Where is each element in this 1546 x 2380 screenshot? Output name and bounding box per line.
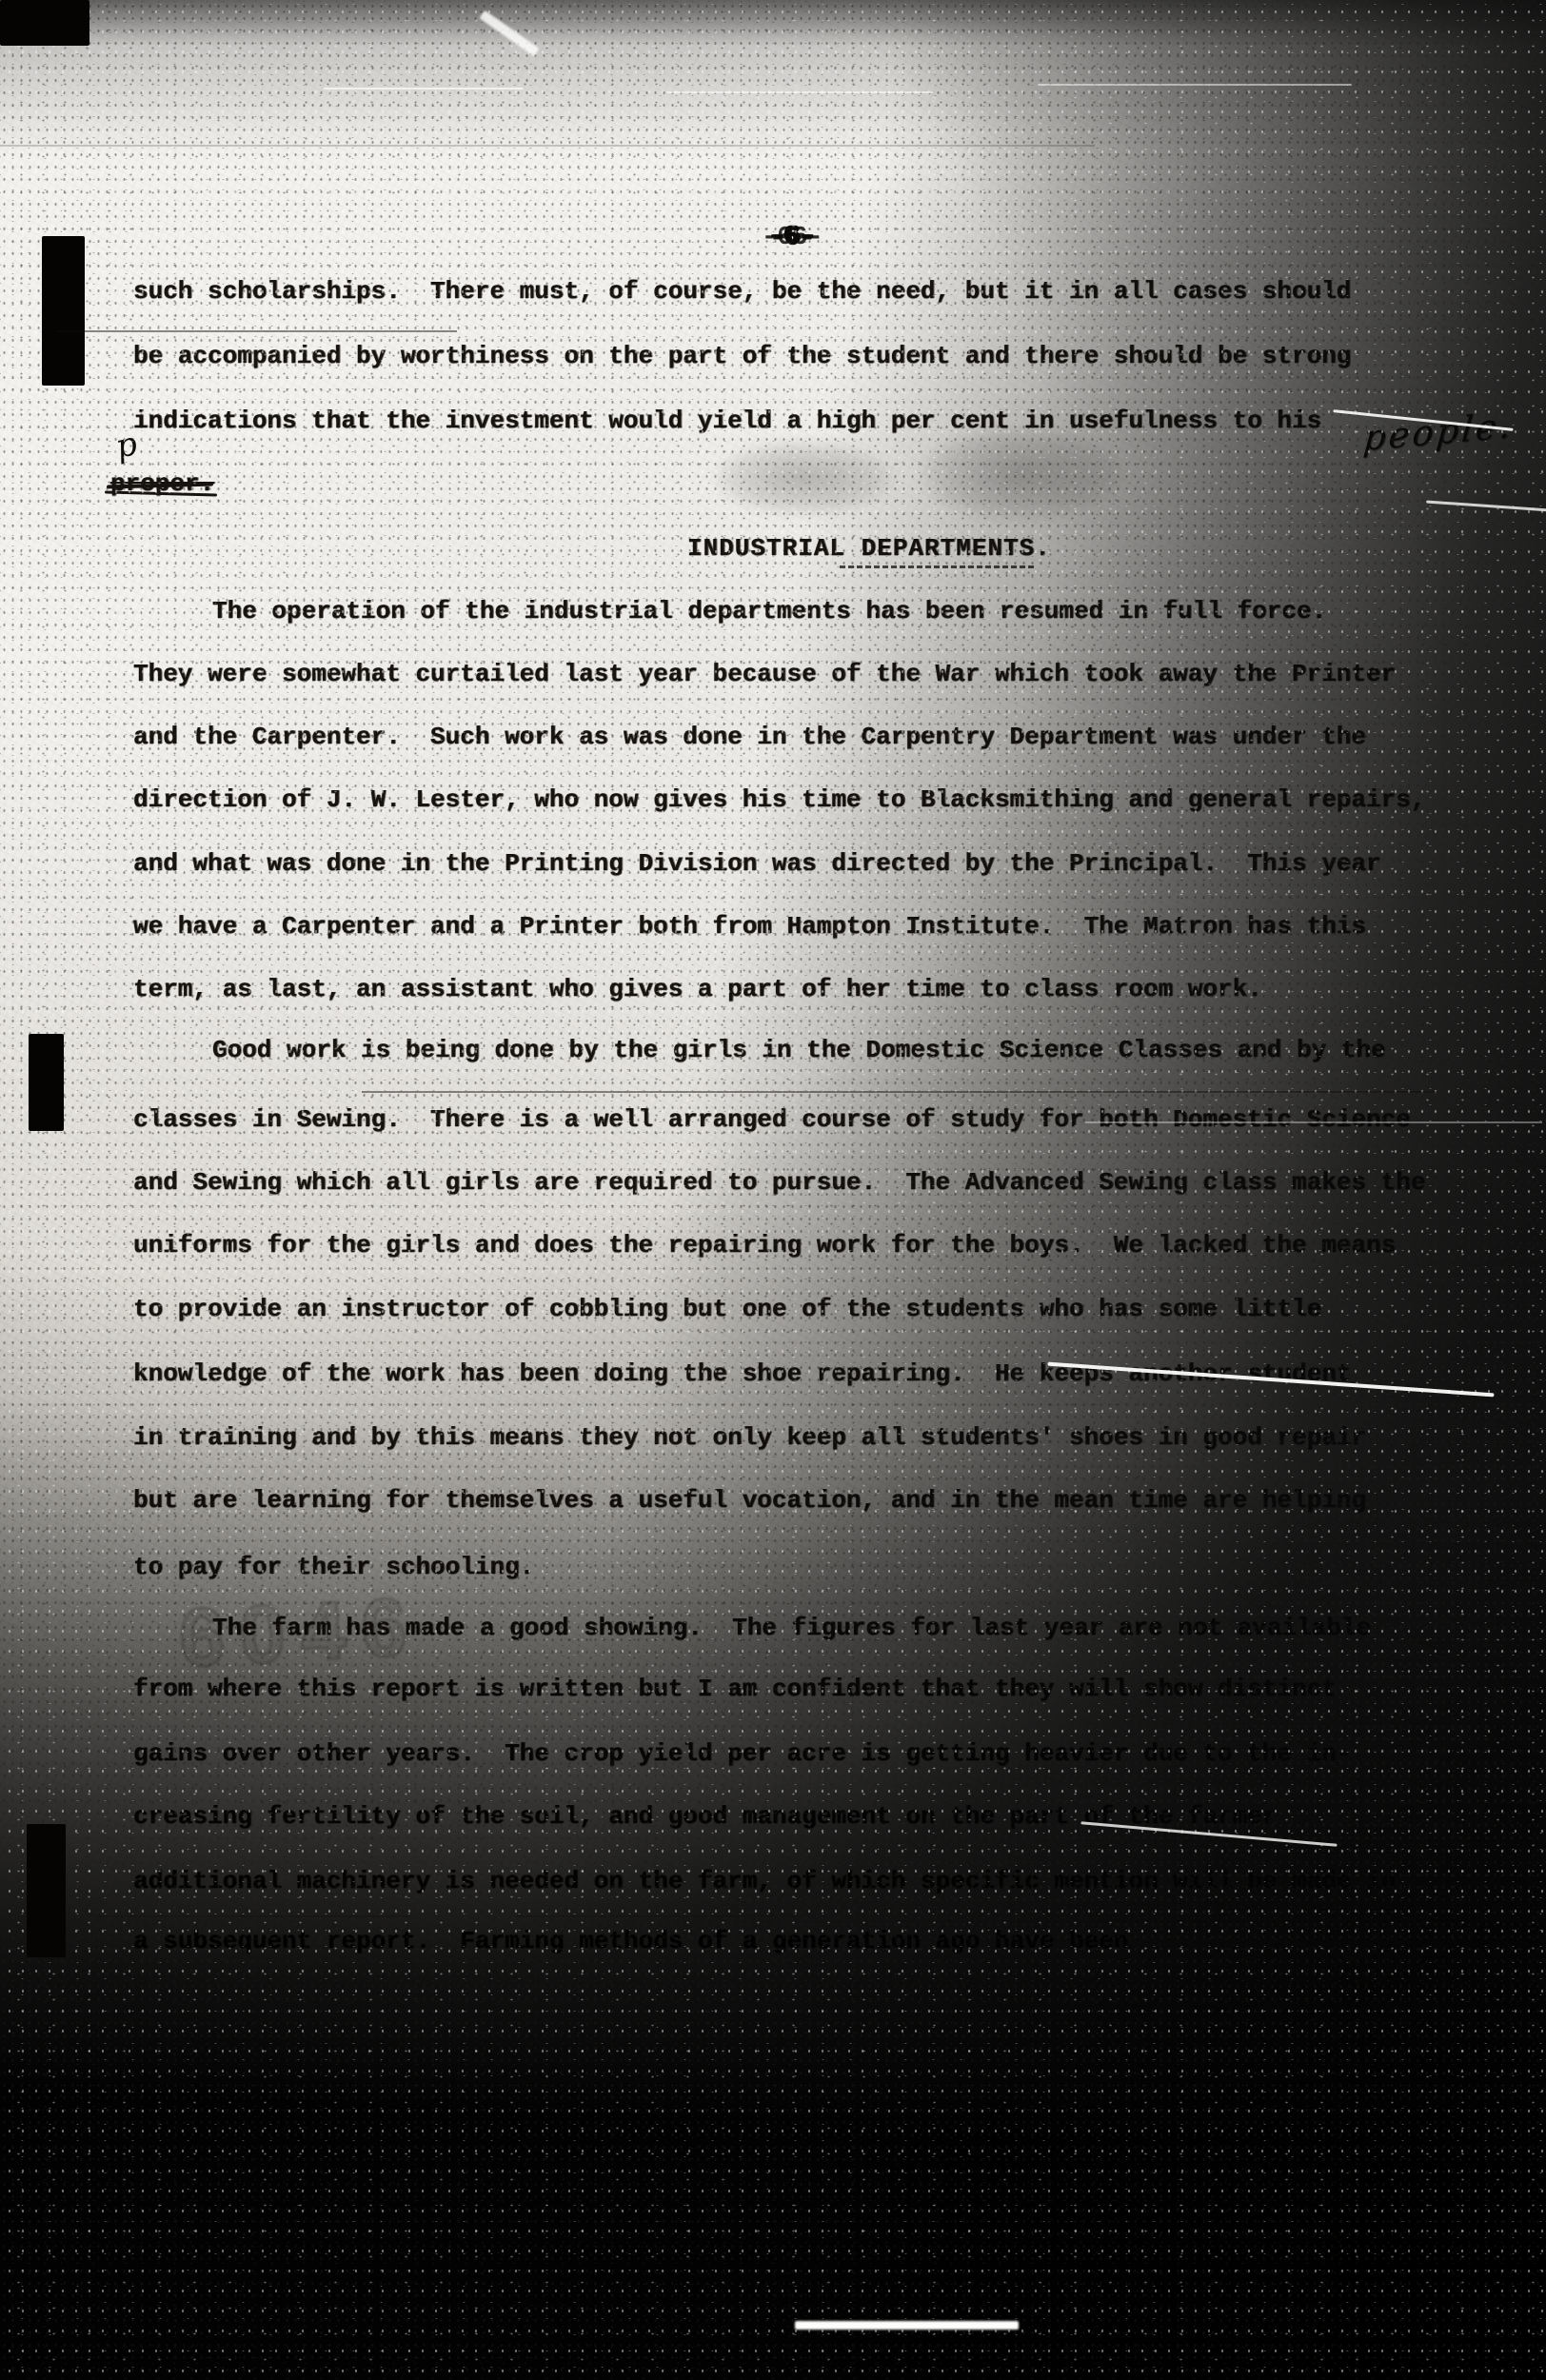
heading-underline	[840, 565, 1034, 568]
scan-hairline-light	[1085, 1121, 1542, 1123]
scan-mark-bar	[42, 236, 85, 386]
scanned-document: -6- such scholarships. There must, of co…	[0, 0, 1546, 2380]
typed-line: term, as last, an assistant who gives a …	[133, 976, 1262, 1004]
page-number: -6-	[769, 225, 816, 250]
typed-line: uniforms for the girls and does the repa…	[133, 1232, 1396, 1260]
typed-line: indications that the investment would yi…	[133, 407, 1321, 436]
typed-line: classes in Sewing. There is a well arran…	[133, 1106, 1411, 1135]
typed-line: from where this report is written but I …	[133, 1676, 1337, 1704]
scan-mark-bar	[27, 1824, 66, 1957]
scan-hairline	[57, 330, 457, 332]
typed-line: knowledge of the work has been doing the…	[133, 1360, 1351, 1389]
typed-line: be accompanied by worthiness on the part…	[133, 343, 1351, 371]
typed-line: we have a Carpenter and a Printer both f…	[133, 913, 1366, 942]
typed-line: gains over other years. The crop yield p…	[133, 1740, 1351, 1769]
typed-line: to pay for their schooling.	[133, 1554, 534, 1582]
typed-line: to provide an instructor of cobbling but…	[133, 1296, 1321, 1324]
scan-hairline	[0, 145, 1095, 147]
scratch	[795, 2321, 1019, 2330]
scan-hairline	[95, 1915, 409, 1917]
scratch	[666, 91, 933, 93]
typed-line: They were somewhat curtailed last year b…	[133, 661, 1396, 689]
scan-hairline	[514, 1915, 800, 1917]
scan-hairline	[362, 1091, 1437, 1093]
typed-line: additional machinery is needed on the fa…	[133, 1868, 1396, 1896]
typed-line: direction of J. W. Lester, who now gives…	[133, 786, 1425, 815]
typed-line: The operation of the industrial departme…	[212, 598, 1326, 626]
scratch	[1038, 84, 1352, 86]
ink-smudge	[714, 440, 895, 516]
ghost-stamp: 6046	[177, 1585, 424, 1679]
section-heading: INDUSTRIAL DEPARTMENTS.	[687, 535, 1051, 564]
typed-line: but are learning for themselves a useful…	[133, 1487, 1366, 1516]
typed-line: in training and by this means they not o…	[133, 1424, 1366, 1453]
scan-mark-bar	[0, 0, 89, 46]
scratch	[324, 88, 524, 89]
typed-line: creasing fertility of the soil, and good…	[133, 1803, 1277, 1832]
typed-line: and the Carpenter. Such work as was done…	[133, 724, 1366, 752]
typed-line: a subsequent report. Farming methods of …	[133, 1928, 1128, 1956]
ink-smudge	[919, 426, 1123, 522]
typed-line: and Sewing which all girls are required …	[133, 1169, 1425, 1198]
scan-mark-bar	[29, 1034, 64, 1131]
typed-line: such scholarships. There must, of course…	[133, 278, 1351, 307]
typed-line: and what was done in the Printing Divisi…	[133, 850, 1381, 879]
typed-line: Good work is being done by the girls in …	[212, 1037, 1386, 1065]
